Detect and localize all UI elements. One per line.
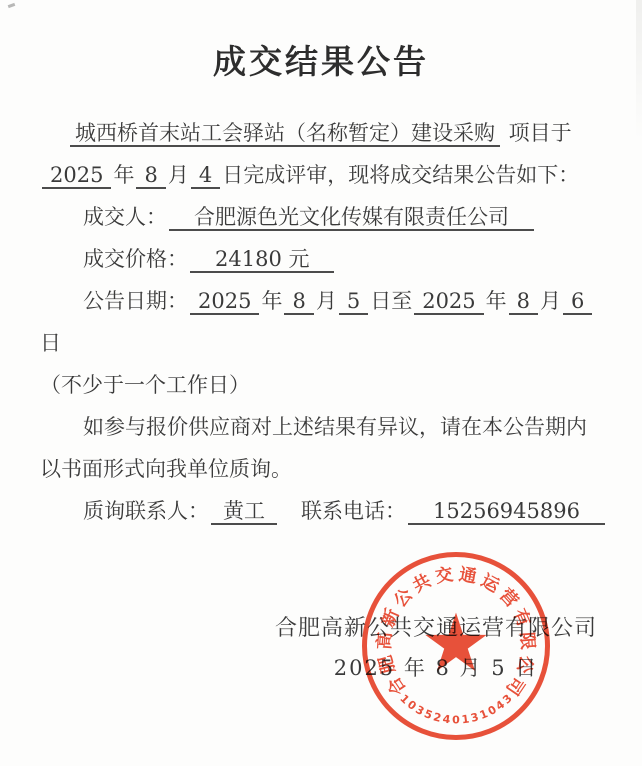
stamp-arc-char: 公	[392, 587, 417, 612]
stamp-serial-char: 1	[398, 693, 411, 706]
winner-label: 成交人：	[83, 205, 167, 229]
review-year-unit: 年	[113, 163, 134, 187]
period-month-to: 8	[509, 289, 538, 315]
objection-line2: 以书面形式向我单位质询。	[40, 457, 292, 481]
period-note: （不少于一个工作日）	[40, 364, 612, 406]
intro-paragraph: 城西桥首末站工会驿站（名称暂定）建设采购 项目于2025年8月4日完成评审，现将…	[40, 112, 612, 196]
phone-label: 联系电话：	[301, 499, 406, 523]
winner-line: 成交人：合肥源色光文化传媒有限责任公司	[40, 196, 612, 238]
review-year: 2025	[42, 163, 111, 189]
price-label: 成交价格：	[83, 247, 188, 271]
signature-date: 2025 年 8 月 5 日	[268, 654, 604, 682]
price-value: 24180 元	[190, 247, 334, 273]
period-day-from: 5	[339, 289, 368, 315]
stamp-arc-char: 共	[411, 573, 435, 597]
stamp-serial-char: 4	[494, 699, 507, 712]
intro-mid-text: 项目于	[502, 121, 572, 145]
period-year-to: 2025	[414, 289, 483, 315]
stamp-serial-char: 0	[452, 715, 460, 726]
stamp-serial-char: 0	[405, 699, 418, 712]
period-month-from: 8	[284, 289, 313, 315]
stamp-arc-char: 运	[478, 573, 502, 597]
phone-value: 15256945896	[408, 499, 605, 525]
stamp-serial-char: 3	[470, 711, 480, 724]
period-month2-unit: 月	[540, 289, 561, 313]
document-title: 成交结果公告	[0, 36, 642, 83]
document-body: 城西桥首末站工会驿站（名称暂定）建设采购 项目于2025年8月4日完成评审，现将…	[40, 112, 612, 532]
signature-company: 合肥高新公共交通运营有限公司	[268, 614, 604, 644]
project-name: 城西桥首末站工会驿站（名称暂定）建设采购	[70, 121, 500, 147]
contact-label: 质询联系人：	[83, 499, 209, 523]
contact-line: 质询联系人：黄工联系电话：15256945896	[40, 490, 612, 532]
period-month1-unit: 月	[316, 289, 337, 313]
period-year1-unit: 年	[261, 289, 282, 313]
stamp-serial-char: 3	[414, 704, 426, 717]
period-mid-text: 日至	[370, 289, 412, 313]
price-line: 成交价格：24180 元	[40, 238, 612, 280]
period-tail-text: 日	[40, 331, 61, 355]
review-month-unit: 月	[168, 163, 189, 187]
stamp-serial-char: 1	[478, 708, 489, 721]
stamp-serial-char: 2	[432, 711, 442, 724]
stamp-serial-char: 5	[423, 708, 434, 721]
objection-line1: 如参与报价供应商对上述结果有异议，请在本公告期内	[83, 415, 587, 439]
period-year2-unit: 年	[486, 289, 507, 313]
stamp-serial-char: 3	[501, 693, 514, 706]
period-label: 公告日期：	[83, 289, 188, 313]
stamp-arc-char: 营	[495, 587, 520, 612]
period-year-from: 2025	[190, 289, 259, 315]
stamp-arc-char: 交	[434, 567, 454, 587]
period-line: 公告日期：2025年8月5日至2025年8月6日	[40, 280, 612, 364]
winner-value: 合肥源色光文化传媒有限责任公司	[169, 205, 534, 231]
review-day: 4	[191, 163, 220, 189]
stamp-serial-char: 1	[461, 713, 470, 725]
contact-name: 黄工	[211, 499, 277, 525]
stamp-arc-char: 通	[458, 567, 478, 587]
document-page: 成交结果公告 城西桥首末站工会驿站（名称暂定）建设采购 项目于2025年8月4日…	[0, 0, 642, 766]
stamp-serial-char: 0	[486, 704, 498, 717]
period-day-to: 6	[563, 289, 592, 315]
objection-paragraph: 如参与报价供应商对上述结果有异议，请在本公告期内以书面形式向我单位质询。	[40, 406, 612, 490]
stamp-serial-char: 4	[442, 713, 451, 725]
review-month: 8	[136, 163, 165, 189]
intro-tail-text: 日完成评审，现将成交结果公告如下：	[222, 163, 579, 187]
signature-block: 合肥高新公共交通运营有限公司 2025 年 8 月 5 日	[268, 614, 604, 682]
